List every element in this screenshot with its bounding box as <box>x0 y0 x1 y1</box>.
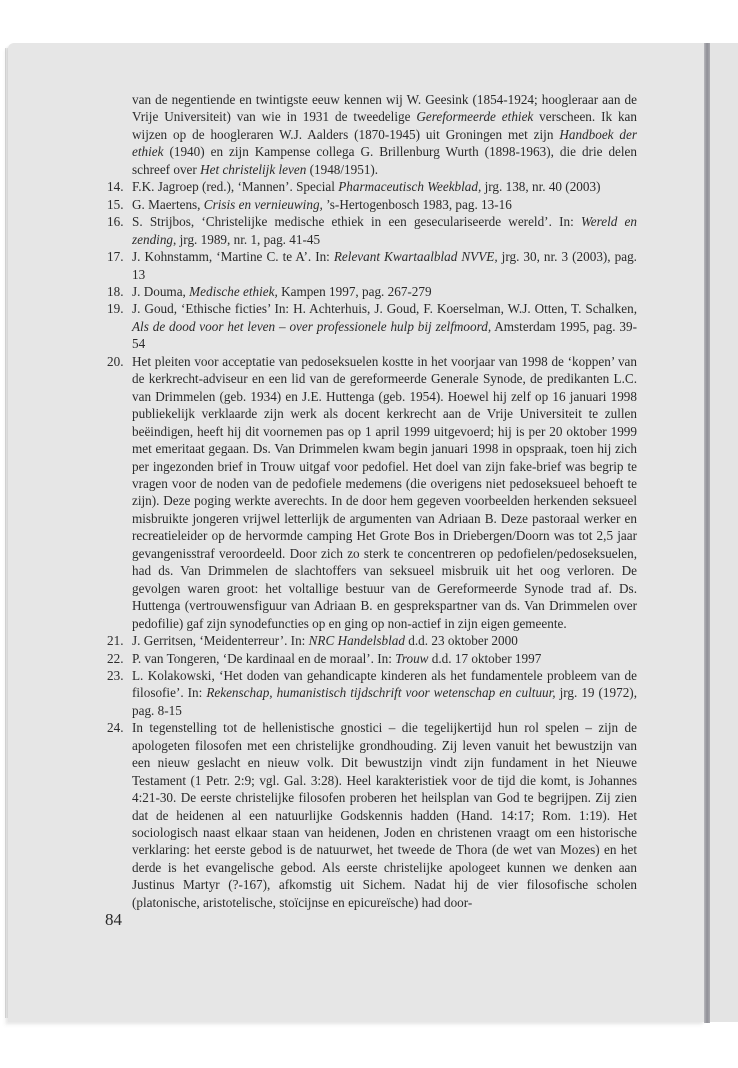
footnote-number: 18. <box>107 283 132 300</box>
footnote: 21.J. Gerritsen, ‘Meidenterreur’. In: NR… <box>107 632 637 649</box>
footnote: 17.J. Kohnstamm, ‘Martine C. te A’. In: … <box>107 248 637 283</box>
footnotes-block: van de negentiende en twintigste eeuw ke… <box>107 91 637 911</box>
footnote-text: L. Kolakowski, ‘Het doden van gehandicap… <box>132 667 637 719</box>
footnote-text: J. Goud, ‘Ethische ficties’ In: H. Achte… <box>132 300 637 352</box>
footnote-number: 16. <box>107 213 132 230</box>
footnote: 14.F.K. Jagroep (red.), ‘Mannen’. Specia… <box>107 178 637 195</box>
footnote: 20.Het pleiten voor acceptatie van pedos… <box>107 353 637 632</box>
footnote-number: 24. <box>107 719 132 736</box>
footnote: 15.G. Maertens, Crisis en vernieuwing, ’… <box>107 196 637 213</box>
footnote-number: 15. <box>107 196 132 213</box>
footnote-text: F.K. Jagroep (red.), ‘Mannen’. Special P… <box>132 178 637 195</box>
facing-page-edge <box>710 43 738 1022</box>
footnote: 16.S. Strijbos, ‘Christelijke medische e… <box>107 213 637 248</box>
footnote-text: J. Kohnstamm, ‘Martine C. te A’. In: Rel… <box>132 248 637 283</box>
footnote-number: 20. <box>107 353 132 370</box>
footnote-text: J. Douma, Medische ethiek, Kampen 1997, … <box>132 283 637 300</box>
footnote-text: Het pleiten voor acceptatie van pedoseks… <box>132 353 637 632</box>
footnote: 19.J. Goud, ‘Ethische ficties’ In: H. Ac… <box>107 300 637 352</box>
footnote-text: J. Gerritsen, ‘Meidenterreur’. In: NRC H… <box>132 632 637 649</box>
footnote-number: 19. <box>107 300 132 317</box>
footnote-number: 14. <box>107 178 132 195</box>
footnote-number: 17. <box>107 248 132 265</box>
footnote: 22.P. van Tongeren, ‘De kardinaal en de … <box>107 650 637 667</box>
page-number: 84 <box>105 910 122 930</box>
footnote: 24.In tegenstelling tot de hellenistisch… <box>107 719 637 911</box>
footnote-continuation: van de negentiende en twintigste eeuw ke… <box>132 91 637 178</box>
footnote: 23.L. Kolakowski, ‘Het doden van gehandi… <box>107 667 637 719</box>
footnote-text: S. Strijbos, ‘Christelijke medische ethi… <box>132 213 637 248</box>
footnote: 18.J. Douma, Medische ethiek, Kampen 199… <box>107 283 637 300</box>
footnote-list: 14.F.K. Jagroep (red.), ‘Mannen’. Specia… <box>107 178 637 911</box>
footnote-text: In tegenstelling tot de hellenistische g… <box>132 719 637 911</box>
footnote-number: 23. <box>107 667 132 684</box>
footnote-number: 21. <box>107 632 132 649</box>
footnote-text: P. van Tongeren, ‘De kardinaal en de mor… <box>132 650 637 667</box>
footnote-text: G. Maertens, Crisis en vernieuwing, ’s-H… <box>132 196 637 213</box>
footnote-number: 22. <box>107 650 132 667</box>
